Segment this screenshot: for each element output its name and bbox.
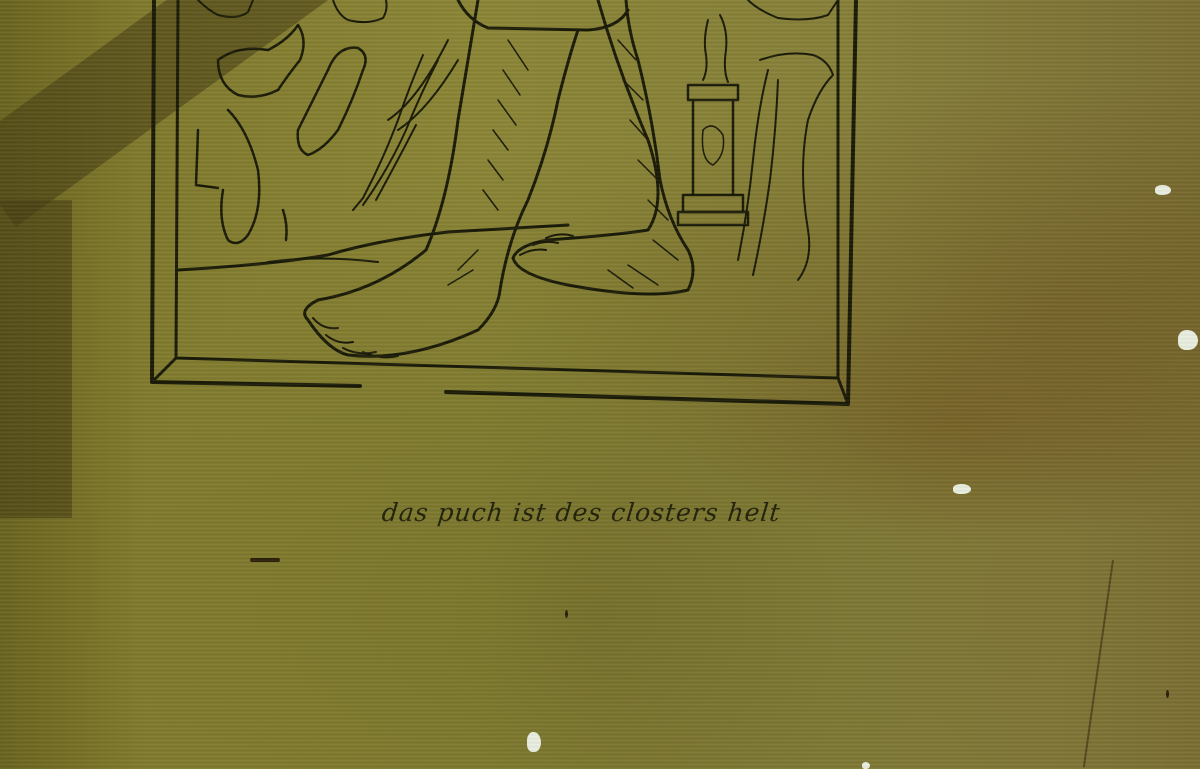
paper-crease <box>1083 560 1114 767</box>
ink-speck <box>565 610 568 618</box>
woodcut-drawing <box>148 0 864 410</box>
handwritten-inscription: das puch ist des closters helt <box>380 498 782 527</box>
paper-flake <box>1178 330 1198 350</box>
paper-flake <box>953 484 971 494</box>
ink-speck <box>1166 690 1169 698</box>
ink-speck <box>250 558 280 562</box>
tape-strip-vertical <box>0 200 72 518</box>
paper-flake <box>862 762 870 769</box>
manuscript-page: das puch ist des closters helt <box>0 0 1200 769</box>
paper-flake <box>527 732 541 752</box>
woodcut-illustration <box>148 0 864 410</box>
paper-flake <box>1155 185 1171 195</box>
